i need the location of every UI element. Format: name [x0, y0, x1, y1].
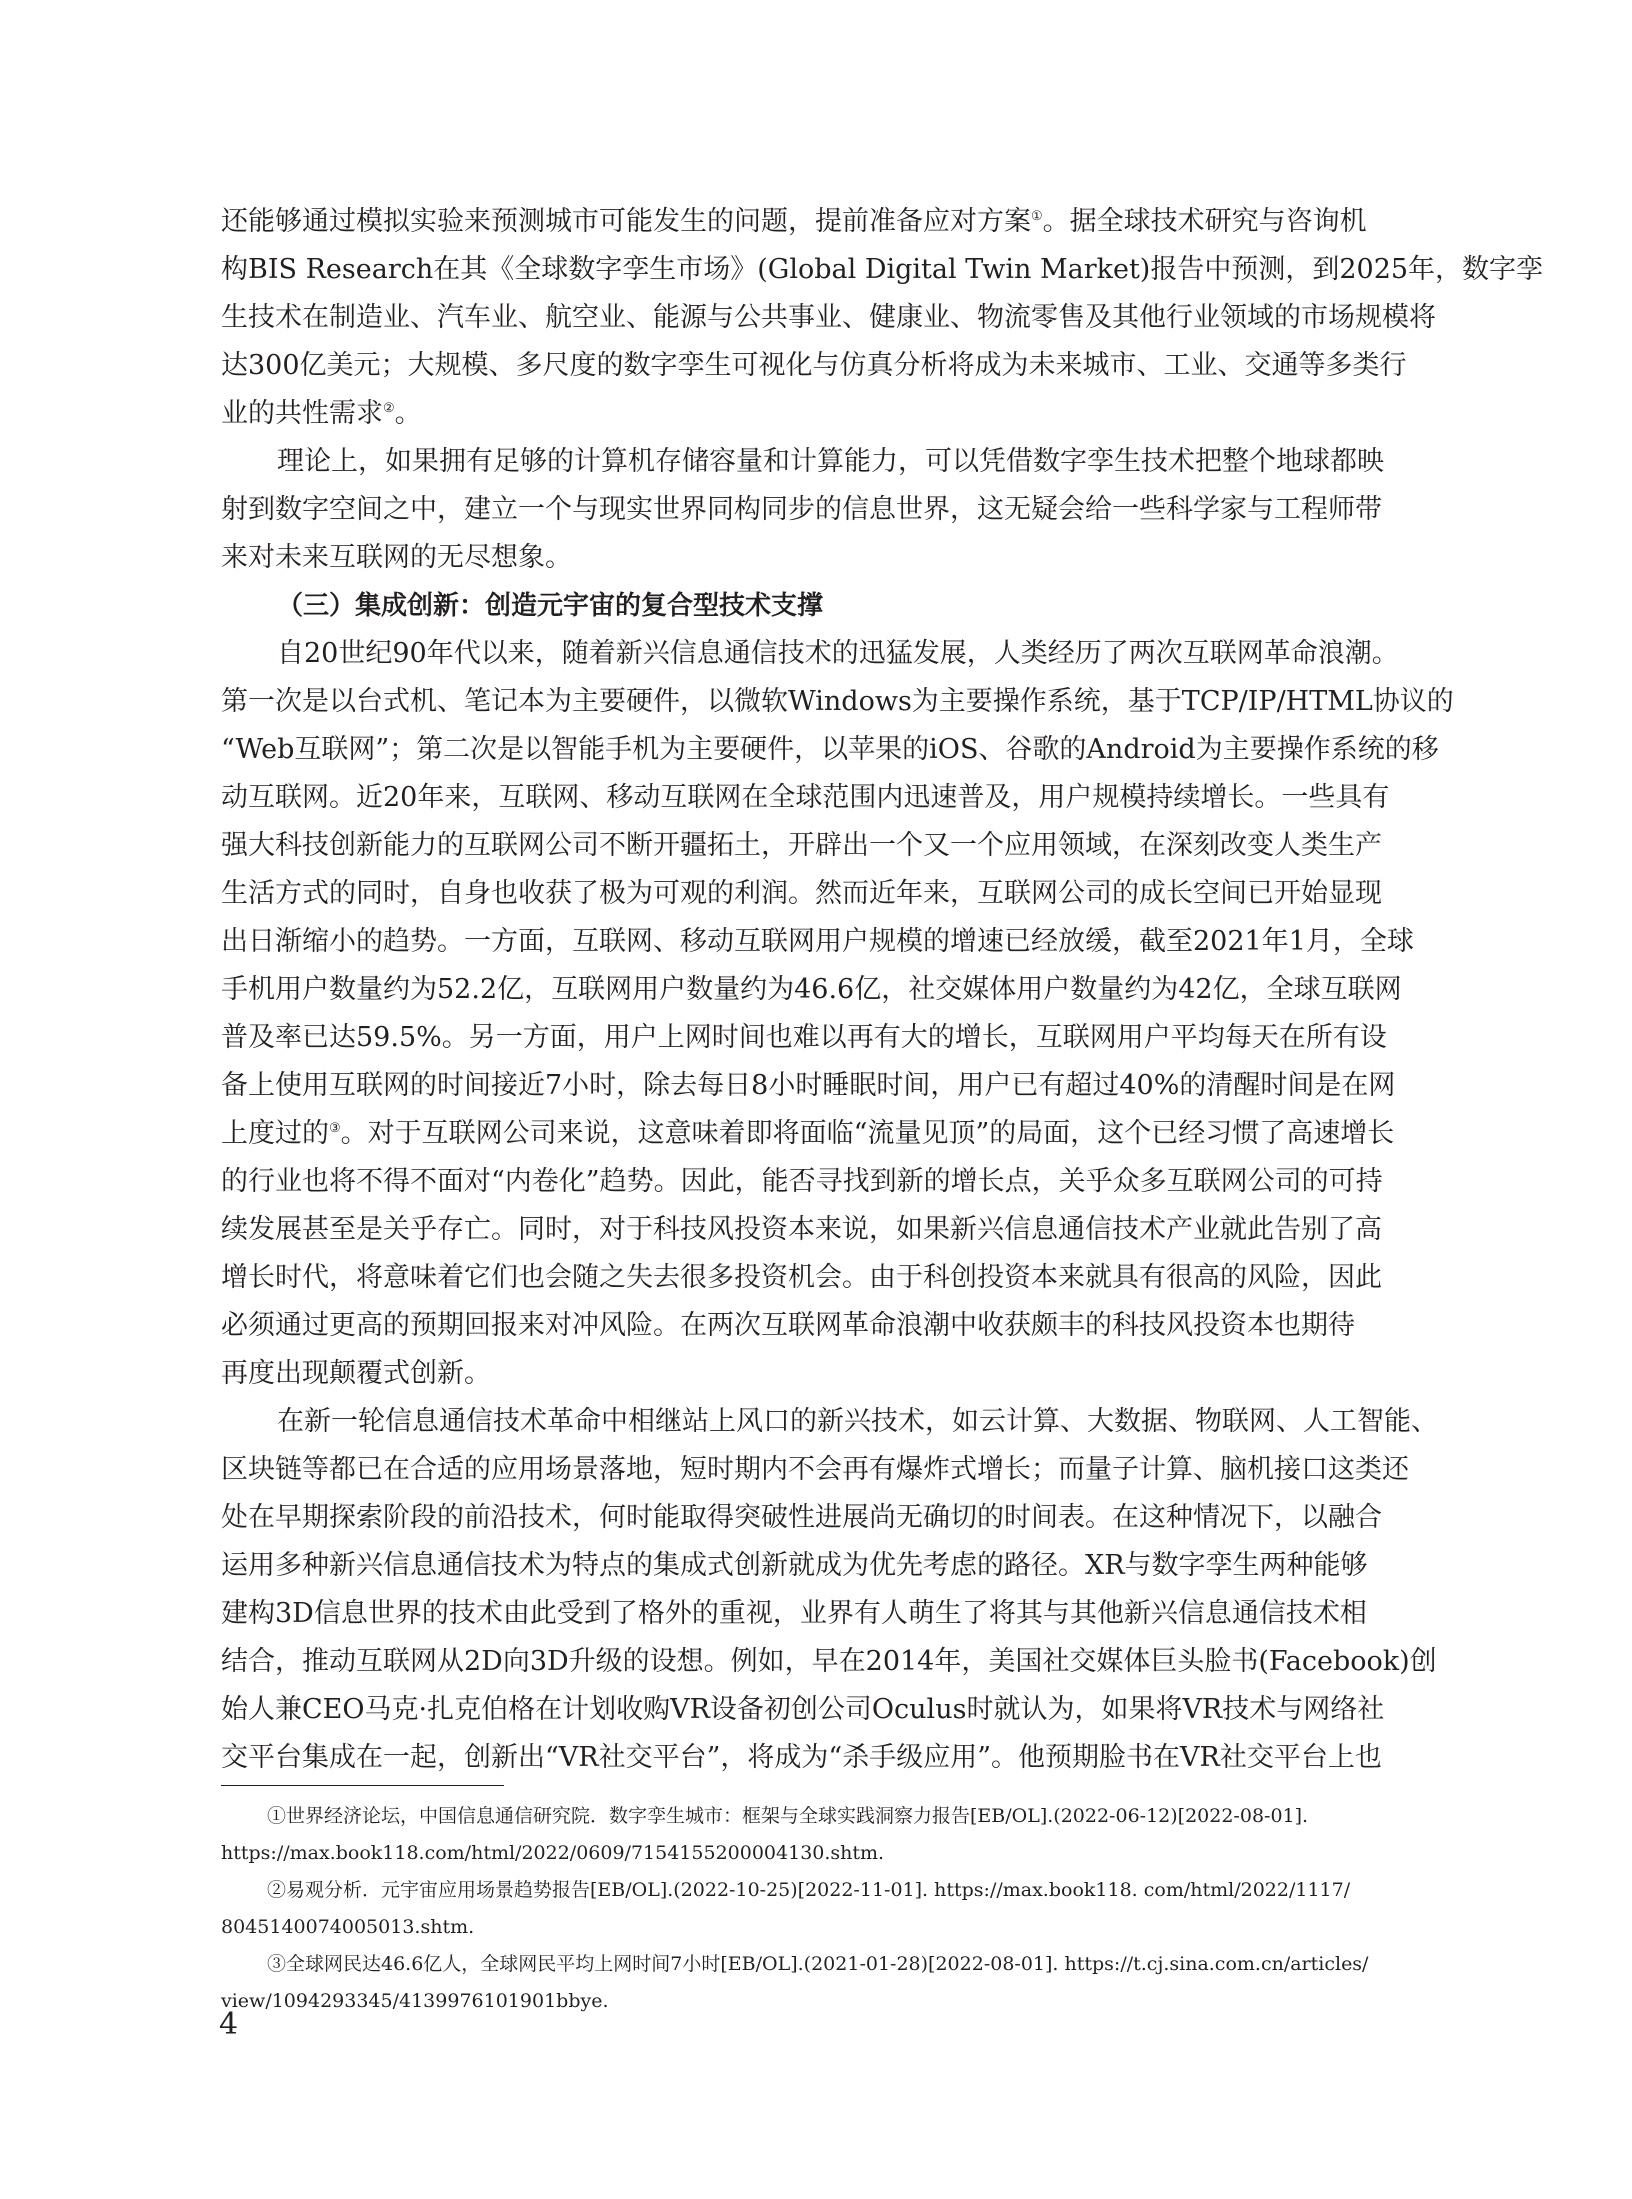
body-line: 交平台集成在一起，创新出“VR社交平台”，将成为“杀手级应用”。他预期脸书在VR… [221, 1734, 1279, 1782]
body-line: 再度出现颠覆式创新。 [221, 1350, 1279, 1398]
body-line: 手机用户数量约为52.2亿，互联网用户数量约为46.6亿，社交媒体用户数量约为4… [221, 966, 1279, 1014]
body-line: “Web互联网”；第二次是以智能手机为主要硬件，以苹果的iOS、谷歌的Andro… [221, 726, 1279, 774]
body-line: 续发展甚至是关乎存亡。同时，对于科技风投资本来说，如果新兴信息通信技术产业就此告… [221, 1206, 1279, 1254]
body-line: 备上使用互联网的时间接近7小时，除去每日8小时睡眠时间，用户已有超过40%的清醒… [221, 1062, 1279, 1110]
body-line: 生技术在制造业、汽车业、航空业、能源与公共事业、健康业、物流零售及其他行业领域的… [221, 294, 1279, 342]
body-line: 增长时代，将意味着它们也会随之失去很多投资机会。由于科创投资本来就具有很高的风险… [221, 1254, 1279, 1302]
body-line: 射到数字空间之中，建立一个与现实世界同构同步的信息世界，这无疑会给一些科学家与工… [221, 486, 1279, 534]
footnote-1-line-1: ①世界经济论坛，中国信息通信研究院．数字孪生城市：框架与全球实践洞察力报告[EB… [221, 1798, 1279, 1835]
footnote-3-url[interactable]: view/1094293345/4139976101901bbye. [221, 1983, 1279, 2020]
body-line: 业的共性需求②。 [221, 390, 1279, 438]
body-line: 处在早期探索阶段的前沿技术，何时能取得突破性进展尚无确切的时间表。在这种情况下，… [221, 1494, 1279, 1542]
body-line: 普及率已达59.5%。另一方面，用户上网时间也难以再有大的增长，互联网用户平均每… [221, 1014, 1279, 1062]
footnote-2-line-1: ②易观分析．元宇宙应用场景趋势报告[EB/OL].(2022-10-25)[20… [221, 1872, 1279, 1909]
body-line: 在新一轮信息通信技术革命中相继站上风口的新兴技术，如云计算、大数据、物联网、人工… [221, 1398, 1279, 1446]
footnote-3-line-1: ③全球网民达46.6亿人，全球网民平均上网时间7小时[EB/OL].(2021-… [221, 1946, 1279, 1983]
page-body: 还能够通过模拟实验来预测城市可能发生的问题，提前准备应对方案①。据全球技术研究与… [221, 198, 1279, 1782]
footnote-ref[interactable]: ① [1031, 209, 1043, 224]
footnote-ref[interactable]: ② [383, 401, 395, 416]
body-line: 上度过的③。对于互联网公司来说，这意味着即将面临“流量见顶”的局面，这个已经习惯… [221, 1110, 1279, 1158]
body-line: 来对未来互联网的无尽想象。 [221, 534, 1279, 582]
body-line: 区块链等都已在合适的应用场景落地，短时期内不会再有爆炸式增长；而量子计算、脑机接… [221, 1446, 1279, 1494]
body-line: 建构3D信息世界的技术由此受到了格外的重视，业界有人萌生了将其与其他新兴信息通信… [221, 1590, 1279, 1638]
body-line: 运用多种新兴信息通信技术为特点的集成式创新就成为优先考虑的路径。XR与数字孪生两… [221, 1542, 1279, 1590]
body-line: 结合，推动互联网从2D向3D升级的设想。例如，早在2014年，美国社交媒体巨头脸… [221, 1638, 1279, 1686]
body-line: 自20世纪90年代以来，随着新兴信息通信技术的迅猛发展，人类经历了两次互联网革命… [221, 630, 1279, 678]
footnotes: ①世界经济论坛，中国信息通信研究院．数字孪生城市：框架与全球实践洞察力报告[EB… [221, 1798, 1279, 2020]
body-line: 达300亿美元；大规模、多尺度的数字孪生可视化与仿真分析将成为未来城市、工业、交… [221, 342, 1279, 390]
footnote-2-url[interactable]: 8045140074005013.shtm. [221, 1909, 1279, 1946]
body-line: 第一次是以台式机、笔记本为主要硬件，以微软Windows为主要操作系统，基于TC… [221, 678, 1279, 726]
footnote-divider [221, 1785, 504, 1786]
body-line: 必须通过更高的预期回报来对冲风险。在两次互联网革命浪潮中收获颇丰的科技风投资本也… [221, 1302, 1279, 1350]
body-line: 始人兼CEO马克·扎克伯格在计划收购VR设备初创公司Oculus时就认为，如果将… [221, 1686, 1279, 1734]
footnote-1-url[interactable]: https://max.book118.com/html/2022/0609/7… [221, 1835, 1279, 1872]
body-line: 强大科技创新能力的互联网公司不断开疆拓土，开辟出一个又一个应用领域，在深刻改变人… [221, 822, 1279, 870]
section-heading: （三）集成创新：创造元宇宙的复合型技术支撑 [221, 582, 1279, 630]
footnote-ref[interactable]: ③ [329, 1121, 341, 1136]
body-line: 还能够通过模拟实验来预测城市可能发生的问题，提前准备应对方案①。据全球技术研究与… [221, 198, 1279, 246]
page-number: 4 [219, 2005, 238, 2045]
body-line: 出日渐缩小的趋势。一方面，互联网、移动互联网用户规模的增速已经放缓，截至2021… [221, 918, 1279, 966]
body-line: 动互联网。近20年来，互联网、移动互联网在全球范围内迅速普及，用户规模持续增长。… [221, 774, 1279, 822]
body-line: 的行业也将不得不面对“内卷化”趋势。因此，能否寻找到新的增长点，关乎众多互联网公… [221, 1158, 1279, 1206]
body-line: 生活方式的同时，自身也收获了极为可观的利润。然而近年来，互联网公司的成长空间已开… [221, 870, 1279, 918]
body-line: 构BIS Research在其《全球数字孪生市场》(Global Digital… [221, 246, 1279, 294]
body-line: 理论上，如果拥有足够的计算机存储容量和计算能力，可以凭借数字孪生技术把整个地球都… [221, 438, 1279, 486]
